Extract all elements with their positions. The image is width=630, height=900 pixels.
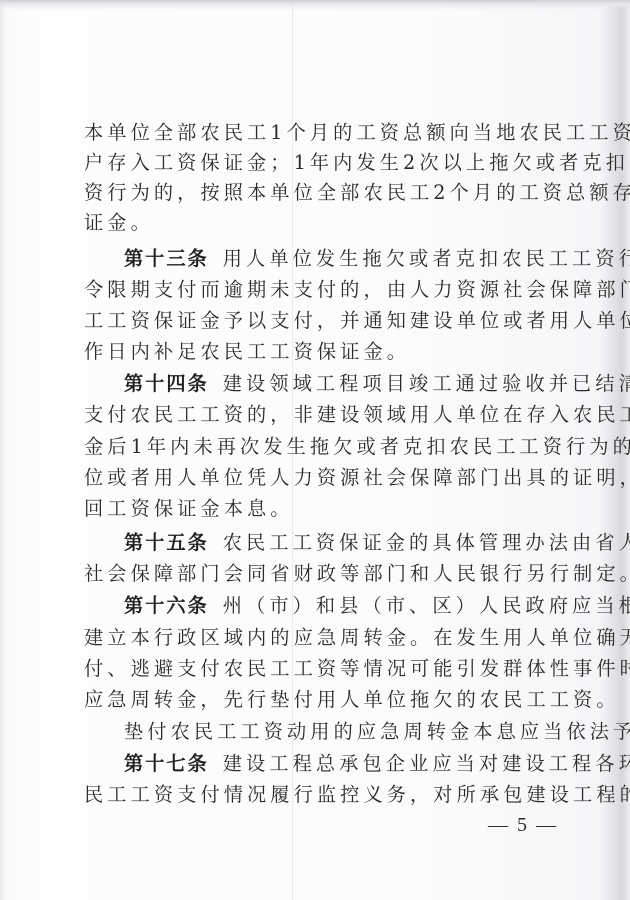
text-line: 令限期支付而逾期未支付的，由人力资源社会保障部门使用农民	[84, 278, 550, 302]
article-number: 第十四条	[124, 372, 209, 395]
text-line: 垫付农民工工资动用的应急周转金本息应当依法予以追偿。	[124, 720, 550, 744]
text-line: 付、逃避支付农民工工资等情况可能引发群体性事件时，及时动用	[84, 657, 550, 681]
article-17-heading-line: 第十七条建设工程总承包企业应当对建设工程各环节的农	[124, 752, 550, 776]
article-text: 农民工工资保证金的具体管理办法由省人力资源	[223, 531, 630, 554]
page-number: — 5 —	[488, 814, 558, 837]
text-line: 应急周转金，先行垫付用人单位拖欠的农民工工资。	[84, 688, 550, 712]
text-line: 工工资保证金予以支付，并通知建设单位或者用人单位在10个工	[84, 309, 550, 333]
article-number: 第十五条	[124, 531, 209, 554]
text-line: 证金。	[84, 211, 550, 235]
text-line: 位或者用人单位凭人力资源社会保障部门出具的证明，向银行取	[84, 466, 550, 490]
article-15-heading-line: 第十五条农民工工资保证金的具体管理办法由省人力资源	[124, 531, 550, 555]
article-14-heading-line: 第十四条建设领域工程项目竣工通过验收并已结清和足额	[124, 372, 550, 396]
article-number: 第十七条	[124, 752, 209, 775]
text-line: 社会保障部门会同省财政等部门和人民银行另行制定。	[84, 562, 550, 586]
article-13-heading-line: 第十三条用人单位发生拖欠或者克扣农民工工资行为被责	[124, 247, 550, 271]
text-line: 本单位全部农民工1个月的工资总额向当地农民工工资保证金账	[84, 121, 550, 145]
article-text: 州（市）和县（市、区）人民政府应当根据实际情况	[223, 594, 630, 617]
article-number: 第十三条	[124, 247, 209, 270]
text-line: 支付农民工工资的，非建设领域用人单位在存入农民工工资保证	[84, 403, 550, 427]
text-line: 民工工资支付情况履行监控义务，对所承包建设工程的农民工工	[84, 783, 550, 807]
scan-top-edge	[0, 0, 630, 10]
text-line: 户存入工资保证金；1年内发生2次以上拖欠或者克扣农民工工	[84, 151, 550, 175]
text-line: 资行为的，按照本单位全部农民工2个月的工资总额存入工资保	[84, 181, 550, 205]
article-text: 用人单位发生拖欠或者克扣农民工工资行为被责	[223, 247, 630, 270]
article-text: 建设领域工程项目竣工通过验收并已结清和足额	[223, 372, 630, 395]
document-page: 本单位全部农民工1个月的工资总额向当地农民工工资保证金账 户存入工资保证金；1年…	[0, 0, 630, 900]
article-number: 第十六条	[124, 594, 209, 617]
text-line: 金后1年内未再次发生拖欠或者克扣农民工工资行为的，建设单	[84, 435, 550, 459]
article-16-heading-line: 第十六条州（市）和县（市、区）人民政府应当根据实际情况	[124, 594, 550, 618]
text-line: 回工资保证金本息。	[84, 497, 550, 521]
text-line: 建立本行政区域内的应急周转金。在发生用人单位确无能力支	[84, 626, 550, 650]
text-line: 作日内补足农民工工资保证金。	[84, 340, 550, 364]
article-text: 建设工程总承包企业应当对建设工程各环节的农	[223, 752, 630, 775]
